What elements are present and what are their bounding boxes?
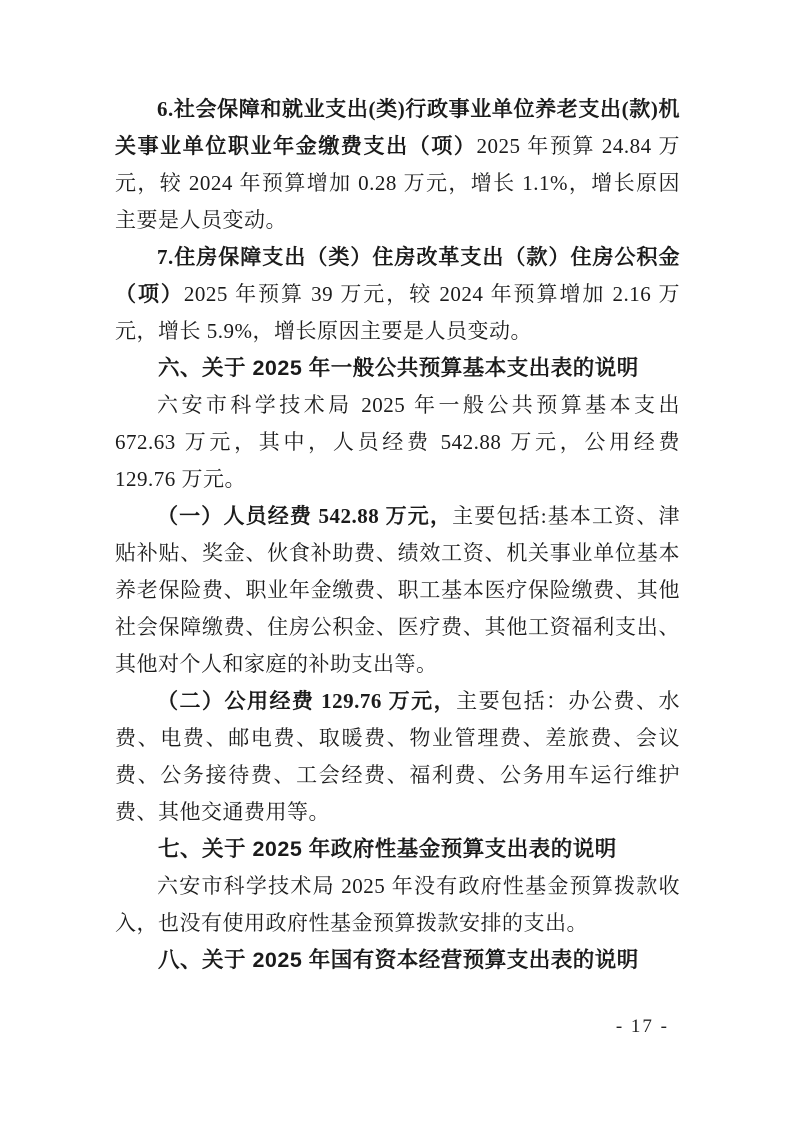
public-expense-title: （二）公用经费 129.76 万元， (157, 689, 456, 713)
section-heading-government-fund: 七、关于 2025 年政府性基金预算支出表的说明 (115, 831, 680, 868)
expense-item-7-body: 2025 年预算 39 万元，较 2024 年预算增加 2.16 万元，增长 5… (115, 282, 680, 343)
paragraph-personnel-expense: （一）人员经费 542.88 万元，主要包括:基本工资、津贴补贴、奖金、伙食补助… (115, 498, 680, 683)
document-content: 6.社会保障和就业支出(类)行政事业单位养老支出(款)机关事业单位职业年金缴费支… (115, 91, 680, 979)
paragraph-pension-contribution-expense: 6.社会保障和就业支出(类)行政事业单位养老支出(款)机关事业单位职业年金缴费支… (115, 91, 680, 239)
page-number: - 17 - (616, 1014, 669, 1040)
paragraph-basic-expenditure-total: 六安市科学技术局 2025 年一般公共预算基本支出 672.63 万元，其中，人… (115, 387, 680, 498)
paragraph-housing-fund-expense: 7.住房保障支出（类）住房改革支出（款）住房公积金（项）2025 年预算 39 … (115, 239, 680, 350)
personnel-expense-body: 主要包括:基本工资、津贴补贴、奖金、伙食补助费、绩效工资、机关事业单位基本养老保… (115, 504, 680, 676)
document-page: 6.社会保障和就业支出(类)行政事业单位养老支出(款)机关事业单位职业年金缴费支… (0, 0, 793, 1122)
paragraph-government-fund: 六安市科学技术局 2025 年没有政府性基金预算拨款收入，也没有使用政府性基金预… (115, 868, 680, 942)
section-heading-state-capital: 八、关于 2025 年国有资本经营预算支出表的说明 (115, 942, 680, 979)
personnel-expense-title: （一）人员经费 542.88 万元， (157, 504, 452, 528)
paragraph-public-expense: （二）公用经费 129.76 万元，主要包括：办公费、水费、电费、邮电费、取暖费… (115, 683, 680, 831)
section-heading-basic-expenditure: 六、关于 2025 年一般公共预算基本支出表的说明 (115, 350, 680, 387)
